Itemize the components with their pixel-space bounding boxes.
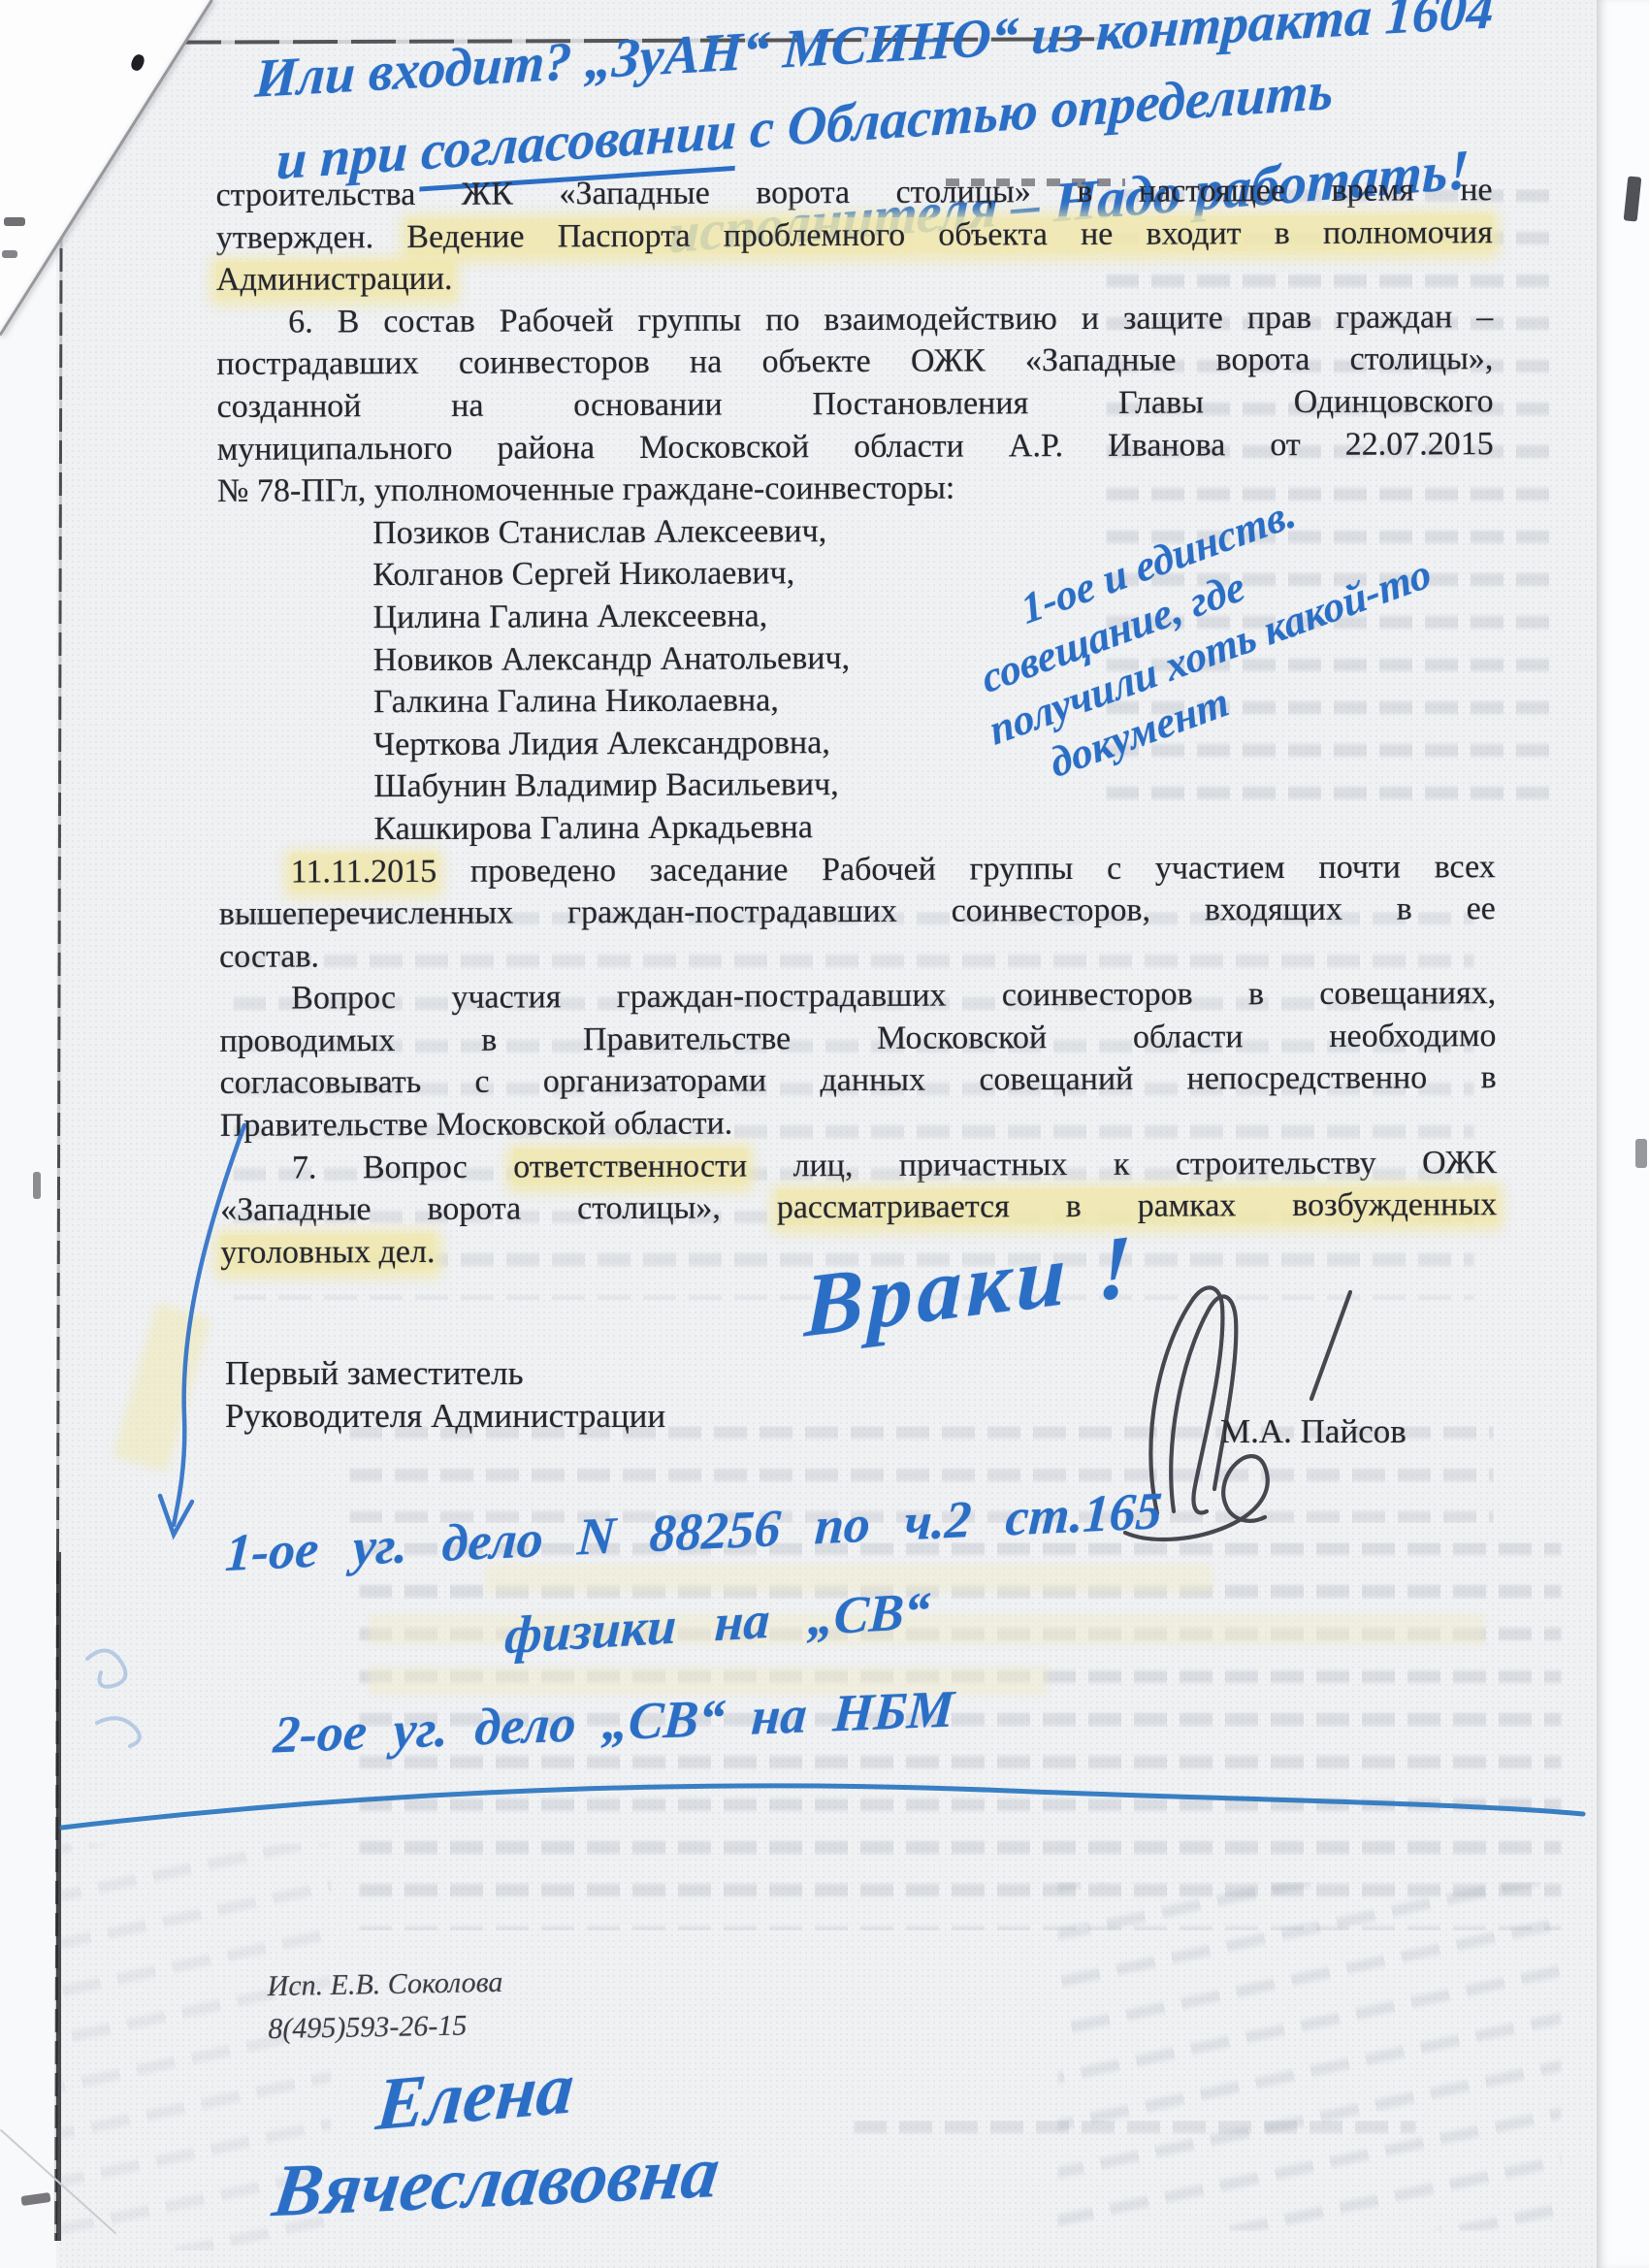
typed-text: Новиков Александр Анатольевич,: [373, 640, 851, 678]
typed-line: согласовывать с организаторами данных со…: [220, 1057, 1497, 1105]
typed-text: Черткова Лидия Александровна,: [373, 725, 830, 762]
highlighted-text: 11.11.2015: [291, 853, 437, 890]
highlighted-text: Администрации.: [216, 261, 453, 298]
typed-line: «Западные ворота столицы», рассматривает…: [220, 1183, 1497, 1231]
typed-text: пострадавших соинвесторов на объекте ОЖК…: [216, 341, 1493, 383]
ghost-handwriting: [1057, 1882, 1562, 2231]
typed-text: Колганов Сергей Николаевич,: [372, 556, 794, 594]
typed-line: Шабунин Владимир Васильевич,: [218, 761, 1495, 808]
executor-name: Исп. Е.В. Соколова: [267, 1961, 502, 2008]
executor-block: Исп. Е.В. Соколова 8(495)593-26-15: [267, 1961, 503, 2051]
typed-text: Позиков Станислав Алексеевич,: [372, 513, 826, 551]
typed-text: строительства ЖК «Западные ворота столиц…: [216, 172, 1493, 213]
typed-line: пострадавших соинвесторов на объекте ОЖК…: [216, 339, 1493, 386]
typed-line: Правительстве Московской области.: [220, 1099, 1497, 1147]
typed-text: Галкина Галина Николаевна,: [373, 682, 779, 720]
typed-text: проводимых в Правительстве Московской об…: [219, 1018, 1496, 1059]
typed-line: Администрации.: [216, 253, 1493, 301]
margin-scribbles: [78, 1630, 213, 1785]
typed-text: утвержден.: [216, 219, 407, 256]
typed-line: 11.11.2015 проведено заседание Рабочей г…: [219, 846, 1496, 893]
typed-line: строительства ЖК «Западные ворота столиц…: [216, 169, 1493, 216]
typed-line: 6. В состав Рабочей группы по взаимодейс…: [216, 296, 1493, 343]
edge-mark: [4, 217, 25, 226]
typed-text: 6. В состав Рабочей группы по взаимодейс…: [288, 299, 1493, 340]
typed-line: проводимых в Правительстве Московской об…: [219, 1015, 1496, 1062]
ink-separator-line: [0, 1746, 1649, 1882]
typed-text: муниципального района Московской области…: [217, 426, 1494, 468]
typed-text: 7. Вопрос: [292, 1149, 513, 1185]
typed-text: Вопрос участия граждан-пострадавших соин…: [291, 975, 1496, 1016]
typed-text: Цилина Галина Алексеевна,: [372, 598, 767, 635]
typed-line: Черткова Лидия Александровна,: [218, 719, 1495, 766]
typed-text: «Западные ворота столицы»,: [220, 1190, 777, 1229]
typed-text: проведено заседание Рабочей группы с уча…: [436, 849, 1496, 890]
page-right-edge: [1597, 0, 1649, 2268]
handwritten-first-name: Елена: [373, 2046, 578, 2149]
scanned-page: Или входит? „ЗуАН“ МСИНО“ из контракта 1…: [0, 0, 1649, 2268]
typed-line: созданной на основании Постановления Гла…: [216, 380, 1493, 428]
edge-mark: [33, 1172, 41, 1199]
typed-line: 7. Вопрос ответственности лиц, причастны…: [220, 1142, 1497, 1189]
typed-text: состав.: [219, 938, 319, 974]
executor-phone: 8(495)593-26-15: [268, 2004, 503, 2051]
highlighted-text: Ведение Паспорта проблемного объекта не …: [406, 214, 1493, 255]
typed-text: № 78-ПГл, уполномоченные граждане-соинве…: [217, 470, 955, 509]
typed-text: вышеперечисленных граждан-пострадавших с…: [219, 891, 1496, 932]
typed-line: утвержден. Ведение Паспорта проблемного …: [216, 211, 1493, 259]
signer-title-line2: Руководителя Администрации: [225, 1397, 665, 1436]
typed-text: Правительстве Московской области.: [220, 1106, 733, 1144]
typed-body: строительства ЖК «Западные ворота столиц…: [216, 169, 1498, 1274]
typed-text: лиц, причастных к строительству ОЖК: [747, 1145, 1497, 1183]
typed-text: согласовывать с организаторами данных со…: [220, 1060, 1497, 1102]
arrow-annotation: [136, 1096, 291, 1562]
edge-mark: [1635, 1139, 1647, 1168]
typed-line: вышеперечисленных граждан-пострадавших с…: [219, 888, 1496, 935]
typed-text: созданной на основании Постановления Гла…: [216, 383, 1493, 425]
typed-text: Кашкирова Галина Аркадьевна: [373, 809, 813, 847]
edge-mark: [2, 250, 17, 258]
typed-line: Вопрос участия граждан-пострадавших соин…: [219, 972, 1496, 1020]
scanner-left-margin: [0, 0, 56, 2268]
typed-line: Кашкирова Галина Аркадьевна: [218, 803, 1495, 851]
highlighted-text: ответственности: [513, 1148, 747, 1184]
typed-line: муниципального района Московской области…: [217, 423, 1494, 470]
handwritten-patronymic: Вячеславовна: [268, 2130, 724, 2235]
typed-text: Шабунин Владимир Васильевич,: [373, 766, 839, 804]
typed-line: состав.: [219, 930, 1496, 978]
